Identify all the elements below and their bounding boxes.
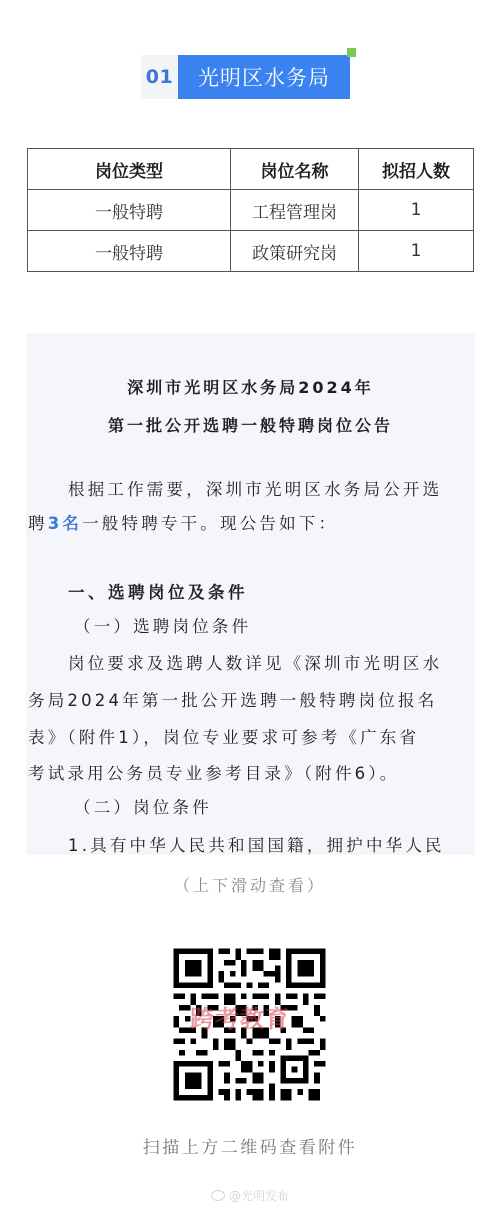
table-row: 一般特聘 政策研究岗 1	[28, 231, 474, 272]
header-hiring-count: 拟招人数	[358, 149, 473, 190]
subsection1-body-line: 表》（附件1），岗位专业要求可参考《广东省	[28, 721, 473, 755]
intro-suffix: 一般特聘专干。现公告如下：	[82, 514, 338, 533]
positions-table: 岗位类型 岗位名称 拟招人数 一般特聘 工程管理岗 1 一般特聘 政策研究岗 1	[27, 148, 474, 272]
qr-caption: 扫描上方二维码查看附件	[0, 1133, 500, 1158]
subsection1-body-line: 岗位要求及选聘人数详见《深圳市光明区水	[68, 647, 475, 681]
intro-line1: 根据工作需要，深圳市光明区水务局公开选	[28, 473, 473, 507]
announcement-title-line1: 深圳市光明区水务局2024年	[26, 375, 475, 398]
cell-position-type: 一般特聘	[28, 190, 231, 231]
subsection2-heading: （二）岗位条件	[74, 791, 475, 825]
announcement-scroll-panel[interactable]: 深圳市光明区水务局2024年 第一批公开选聘一般特聘岗位公告 根据工作需要，深圳…	[26, 333, 475, 855]
cell-position-name: 政策研究岗	[231, 231, 359, 272]
subsection1-body-line: 务局2024年第一批公开选聘一般特聘岗位报名	[28, 684, 473, 718]
cell-position-name: 工程管理岗	[231, 190, 359, 231]
scroll-hint: （上下滑动查看）	[0, 873, 500, 896]
subsection1-heading: （一）选聘岗位条件	[74, 610, 475, 644]
header-position-name: 岗位名称	[231, 149, 359, 190]
qr-watermark-text: 跨考教育	[190, 999, 290, 1034]
table-row: 一般特聘 工程管理岗 1	[28, 190, 474, 231]
section-number: 01	[141, 55, 178, 99]
table-header-row: 岗位类型 岗位名称 拟招人数	[28, 149, 474, 190]
weibo-watermark: @光明发布	[0, 1187, 500, 1204]
subsection1-body-line: 考试录用公务员专业参考目录》（附件6）。	[28, 757, 473, 791]
section-header-tag: 01 光明区水务局	[141, 55, 350, 99]
intro-line2: 聘3名一般特聘专干。现公告如下：	[28, 507, 473, 541]
cell-hiring-count: 1	[358, 231, 473, 272]
qr-code[interactable]: 跨考教育	[168, 943, 331, 1106]
announcement-title-line2: 第一批公开选聘一般特聘岗位公告	[26, 413, 475, 436]
section-title: 光明区水务局	[178, 55, 350, 99]
section-title-text: 光明区水务局	[198, 62, 330, 92]
corner-accent-square	[347, 48, 356, 57]
intro-prefix: 聘	[28, 514, 48, 533]
weibo-handle: @光明发布	[229, 1187, 289, 1204]
hiring-count-highlight: 3名	[48, 514, 82, 533]
weibo-icon	[211, 1190, 225, 1201]
cell-position-type: 一般特聘	[28, 231, 231, 272]
cell-hiring-count: 1	[358, 190, 473, 231]
subsection2-body-line-cut: 1.具有中华人民共和国国籍，拥护中华人民	[68, 829, 475, 855]
section1-heading: 一、选聘岗位及条件	[68, 576, 475, 610]
header-position-type: 岗位类型	[28, 149, 231, 190]
